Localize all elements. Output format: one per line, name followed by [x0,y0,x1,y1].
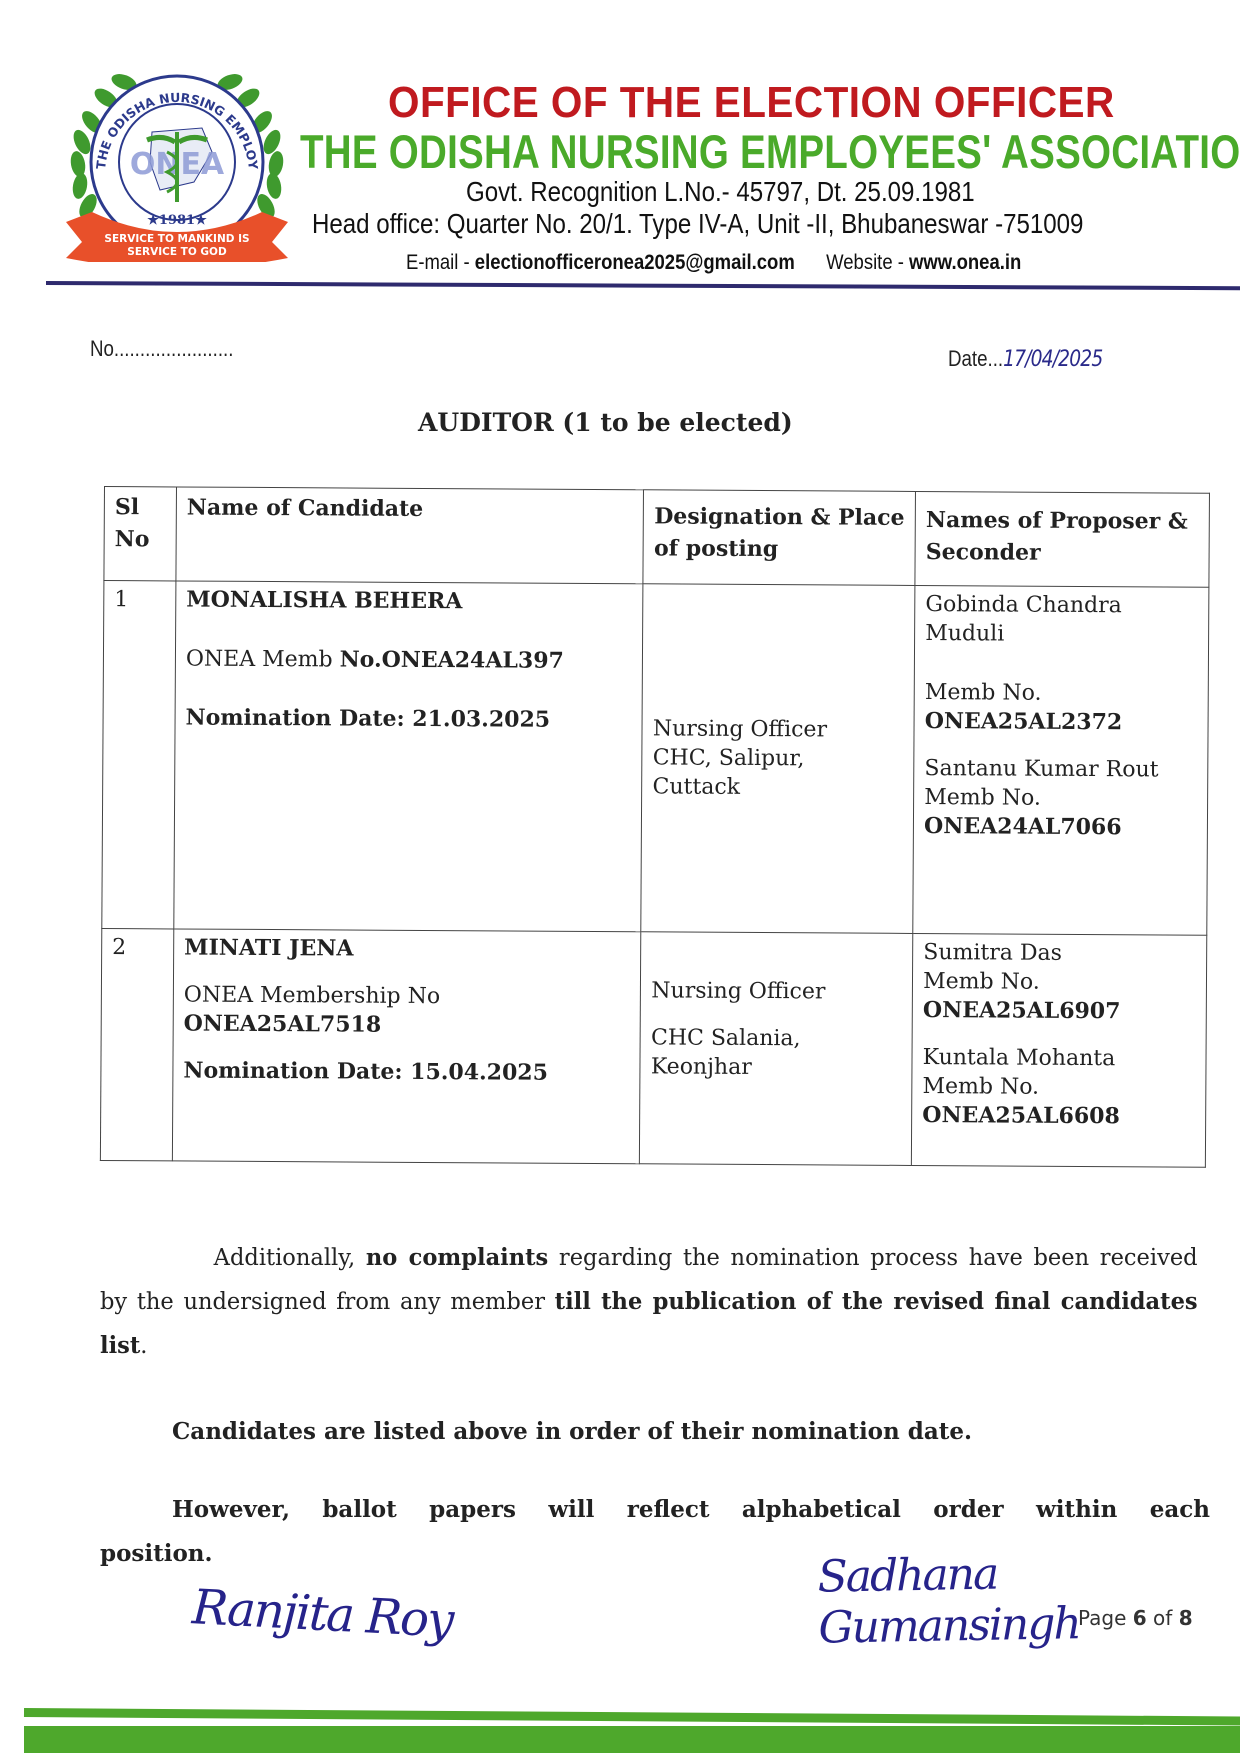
svg-text:★1981★: ★1981★ [147,213,207,228]
designation: Nursing Officer [653,714,904,745]
posting-place: CHC, Salipur, [653,743,904,774]
candidate-name: MINATI JENA [184,933,631,965]
svg-text:SERVICE TO GOD: SERVICE TO GOD [127,246,227,258]
cell-designation: Nursing Officer CHC, Salipur, Cuttack [641,584,915,934]
cell-proposer-seconder: Sumitra Das Memb No. ONEA25AL6907 Kuntal… [912,933,1207,1167]
cell-designation: Nursing Officer CHC Salania, Keonjhar [640,932,913,1166]
table-row: 2 MINATI JENA ONEA Membership No ONEA25A… [100,928,1206,1167]
header-sl-no: Sl No [104,487,177,581]
membership-number: ONEA25AL7518 [184,1009,631,1041]
posting-district: Keonjhar [651,1052,902,1083]
candidate-name: MONALISHA BEHERA [186,586,633,618]
logo-emblem-icon: THE ODISHA NURSING EMPLOYEES' ASSOCIATIO… [62,62,292,262]
posting-place: CHC Salania, [651,1023,902,1054]
seconder-name: Santanu Kumar Rout [924,754,1197,785]
proposer-memb-label: Memb No. [925,678,1198,709]
header-divider [46,281,1240,290]
date-value: 17/04/2025 [1003,347,1102,372]
nomination-date: Nomination Date: 15.04.2025 [183,1056,630,1088]
complaints-paragraph: Additionally, no complaints regarding th… [100,1236,1198,1368]
office-title: OFFICE OF THE ELECTION OFFICER [388,78,1069,128]
seconder-memb-label: Memb No. [924,783,1197,814]
seconder-memb-no: ONEA24AL7066 [924,812,1197,843]
website-link[interactable]: www.onea.in [909,251,1021,274]
cell-sl-no: 1 [102,581,176,929]
nomination-date: Nomination Date: 21.03.2025 [185,704,632,736]
proposer-memb-label: Memb No. [923,967,1196,998]
organization-logo: THE ODISHA NURSING EMPLOYEES' ASSOCIATIO… [62,62,292,262]
organization-name: THE ODISHA NURSING EMPLOYEES' ASSOCIATIO… [300,124,1240,179]
email-label: E-mail - [406,251,475,274]
seconder-memb-label: Memb No. [922,1072,1195,1103]
cell-candidate: MINATI JENA ONEA Membership No ONEA25AL7… [172,929,641,1164]
membership-label: ONEA Membership No [184,980,631,1012]
seconder-memb-no: ONEA25AL6608 [922,1101,1195,1132]
document-date: Date...17/04/2025 [948,346,1102,372]
section-title: AUDITOR (1 to be elected) [418,408,793,437]
reference-number: No....................... [90,336,233,362]
footer-bar-thick [24,1726,1240,1753]
signature-left: Ranjita Roy [191,1579,454,1649]
date-label: Date... [948,346,1003,371]
govt-recognition: Govt. Recognition L.No.- 45797, Dt. 25.0… [466,176,975,208]
email-link[interactable]: electionofficeronea2025@gmail.com [475,251,795,274]
proposer-memb-no: ONEA25AL6907 [923,996,1196,1027]
cell-proposer-seconder: Gobinda Chandra Muduli Memb No. ONEA25AL… [913,585,1209,935]
proposer-name: Gobinda Chandra Muduli [925,590,1198,650]
signature-right: Sadhana Gumansingh [817,1544,1240,1653]
proposer-memb-no: ONEA25AL2372 [925,707,1198,738]
designation: Nursing Officer [651,976,902,1007]
candidates-table: Sl No Name of Candidate Designation & Pl… [100,486,1210,1168]
posting-district: Cuttack [652,772,903,803]
svg-text:SERVICE TO MANKIND IS: SERVICE TO MANKIND IS [104,233,249,245]
proposer-name: Sumitra Das [923,938,1196,969]
table-header-row: Sl No Name of Candidate Designation & Pl… [104,487,1210,588]
header-proposer-seconder: Names of Proposer & Seconder [915,491,1209,587]
website-label: Website - [826,251,909,274]
cell-sl-no: 2 [100,928,173,1160]
order-note: Candidates are listed above in order of … [172,1410,972,1454]
header-designation: Designation & Place of posting [643,490,915,586]
head-office-address: Head office: Quarter No. 20/1. Type IV-A… [312,208,1083,240]
page-number: Page 6 of 8 [1078,1606,1193,1630]
header-candidate-name: Name of Candidate [176,487,644,584]
seconder-name: Kuntala Mohanta [923,1043,1196,1074]
footer-bar-thin [24,1708,1240,1726]
cell-candidate: MONALISHA BEHERA ONEA Memb No.ONEA24AL39… [174,581,644,932]
contact-line: E-mail - electionofficeronea2025@gmail.c… [406,251,1021,275]
membership-number: ONEA Memb No.ONEA24AL397 [186,645,633,677]
table-row: 1 MONALISHA BEHERA ONEA Memb No.ONEA24AL… [102,581,1209,936]
